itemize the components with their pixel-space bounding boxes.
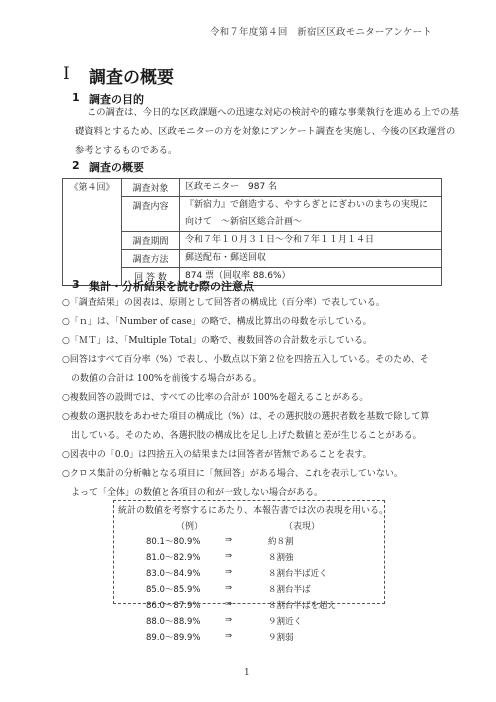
col-expression-header: （表現） (284, 519, 320, 532)
section1-line-3: 参考とするものである。 (75, 142, 177, 156)
row-value-line-1: 『新宿力』で創造する、やすらぎとにぎわいのまちの実現に (185, 197, 436, 214)
row-value: 『新宿力』で創造する、やすらぎとにぎわいのまちの実現に 向けて ～新宿区総合計画… (180, 197, 442, 232)
section1-line-2: 礎資料とするため、区政モニターの方を対象にアンケート調査を実施し、今後の区政運営… (75, 123, 455, 137)
expression-value: ８割台半ばを超え (268, 599, 336, 611)
note-line: ○「ｎ」は、「Number of case」の略で、構成比算出の母数を示している… (62, 314, 372, 327)
page-number: 1 (244, 668, 250, 678)
arrow-icon: ⇒ (225, 599, 232, 609)
row-value: 区政モニター 987 名 (180, 179, 442, 197)
round-label: 《第４回》 (63, 179, 122, 286)
note-line: ○「ＭＴ」は、「Multiple Total」の略で、複数回答の合計数を示してい… (62, 333, 372, 346)
range-value: 83.0～84.9% (146, 567, 200, 579)
range-value: 86.0～87.9% (146, 599, 200, 611)
arrow-icon: ⇒ (225, 615, 232, 625)
expression-value: ８割強 (268, 551, 294, 563)
note-line: ○クロス集計の分析軸となる項目に「無回答」がある場合、これを表示していない。 (62, 466, 403, 479)
running-header: 令和７年度第４回 新宿区区政モニターアンケート (210, 24, 432, 38)
note-line: ○回答はすべて百分率（%）で表し、小数点以下第２位を四捨五入している。そのため、… (62, 352, 429, 365)
arrow-icon: ⇒ (225, 631, 232, 641)
note-line: ○複数回答の設問では、すべての比率の合計が 100%を超えることがある。 (62, 390, 368, 403)
section3-title: 集計・分析結果を読む際の注意点 (89, 278, 254, 294)
chapter-number: Ⅰ (63, 64, 70, 84)
col-example-header: （例） (176, 519, 203, 532)
row-label: 調査期間 (122, 232, 180, 250)
section2-title: 調査の概要 (89, 159, 144, 175)
section1-line-1: この調査は、今日的な区政課題への迅速な対応の検討や的確な事業執行を進める上での基 (87, 104, 459, 118)
note-line: 出している。そのため、各選択肢の構成比を足し上げた数値と差が生じることがある。 (62, 428, 422, 441)
expression-value: ９割弱 (268, 631, 294, 643)
expression-value: ８割台半ば (268, 583, 311, 595)
range-value: 80.1～80.9% (146, 535, 200, 547)
range-value: 88.0～88.9% (146, 615, 200, 627)
range-value: 81.0～82.9% (146, 551, 200, 563)
section2-number: 2 (72, 159, 80, 172)
arrow-icon: ⇒ (225, 583, 232, 593)
row-label: 調査方法 (122, 250, 180, 268)
note-line: ○図表中の「0.0」は四捨五入の結果または回答者が皆無であることを表す。 (62, 447, 371, 460)
expression-box-heading: 統計の数値を考察するにあたり、本報告書では次の表現を用いる。 (118, 503, 388, 516)
table-row: 《第４回》 調査対象 区政モニター 987 名 (63, 179, 442, 197)
arrow-icon: ⇒ (225, 535, 232, 545)
note-line: ○「調査結果」の図表は、原則として回答者の構成比（百分率）で表している。 (62, 295, 385, 308)
row-value-line-2: 向けて ～新宿区総合計画～ (185, 214, 436, 231)
row-value: 令和７年１０月３１日～令和７年１１月１４日 (180, 232, 442, 250)
section3-number: 3 (72, 278, 80, 291)
note-line: の数値の合計は 100%を前後する場合がある。 (62, 371, 262, 384)
expression-value: ８割台半ば近く (268, 567, 328, 579)
expression-value: 約８割 (268, 535, 294, 547)
expression-value: ９割近く (268, 615, 302, 627)
range-value: 89.0～89.9% (146, 631, 200, 643)
arrow-icon: ⇒ (225, 567, 232, 577)
arrow-icon: ⇒ (225, 551, 232, 561)
row-value: 郵送配布・郵送回収 (180, 250, 442, 268)
note-line: ○複数の選択肢をあわせた項目の構成比（%）は、その選択肢の選択者数を基数で除して… (62, 409, 429, 422)
range-value: 85.0～85.9% (146, 583, 200, 595)
section1-number: 1 (72, 91, 80, 104)
chapter-title: 調査の概要 (89, 63, 174, 88)
survey-overview-table: 《第４回》 調査対象 区政モニター 987 名 調査内容 『新宿力』で創造する、… (62, 178, 442, 286)
row-label: 調査対象 (122, 179, 180, 197)
note-line: よって「全体」の数値と各項目の和が一致しない場合がある。 (62, 485, 323, 498)
row-label: 調査内容 (122, 197, 180, 232)
